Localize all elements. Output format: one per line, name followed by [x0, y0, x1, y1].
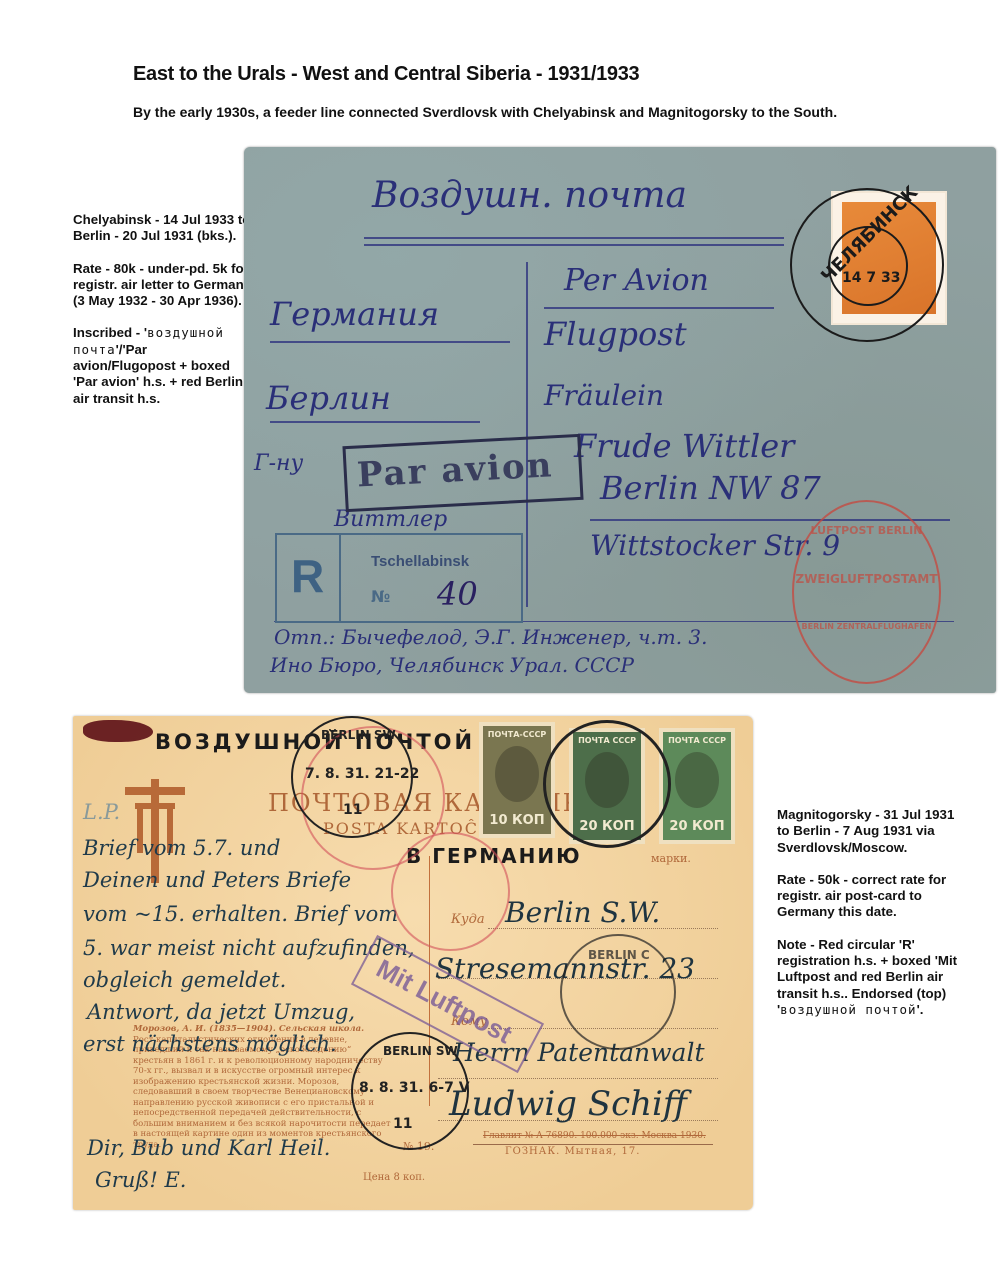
message-line: Deinen und Peters Briefe — [83, 868, 351, 892]
handwriting-city-de: Berlin NW 87 — [600, 469, 821, 507]
message-line: Dir, Bub und Karl Heil. — [87, 1136, 330, 1160]
message-line: obgleich gemeldet. — [83, 968, 286, 992]
berlin-transit-handstamp: LUFTPOST BERLIN ZWEIGLUFTPOSTAMT BERLIN … — [792, 500, 941, 684]
caption-note: Note - Red circular 'R' registration h.s… — [777, 937, 962, 1018]
message-line: erst nächstens möglich. — [83, 1032, 337, 1056]
handwriting-city-ru: Берлин — [266, 379, 391, 417]
handwriting-sender-line2: Ино Бюро, Челябинск Урал. СССР — [270, 653, 634, 677]
red-registration-postmark — [391, 832, 510, 951]
page-title: East to the Urals - West and Central Sib… — [133, 63, 639, 86]
ink-blot — [83, 720, 153, 742]
message-line: Gruß! E. — [95, 1168, 187, 1192]
message-line: L.P. — [83, 800, 120, 824]
magnitogorsky-postcard: ВОЗДУШНОЙ ПОЧТОЙ ПОЧТОВАЯ КАРТОЧКА POSTA… — [73, 716, 753, 1210]
berlin-arrival-postmark: BERLIN SW 7. 8. 31. 21-22 11 — [291, 716, 413, 838]
caption-rate: Rate - 80k - under-pd. 5k for registr. a… — [73, 261, 253, 310]
berlin-c-postmark: BERLIN C — [560, 934, 676, 1050]
caption-route: Magnitogorsky - 31 Jul 1931 to Berlin - … — [777, 807, 962, 856]
stamp-10-kop: ПОЧТА-СССР 10 КОП — [483, 726, 551, 834]
message-line: Antwort, da jetzt Umzug, — [87, 1000, 355, 1024]
postmark-date: 14 7 33 — [842, 270, 900, 286]
magnitogorsk-postmark — [543, 720, 671, 848]
caption-chelyabinsk: Chelyabinsk - 14 Jul 1933 to Berlin - 20… — [73, 212, 253, 423]
handwriting-country-ru: Германия — [270, 295, 439, 333]
handwriting-air-mail: Воздушн. почта — [372, 175, 687, 216]
handwriting-sender-line1: Отп.: Бычефелод, Э.Г. Инженер, ч.т. 3. — [274, 625, 708, 649]
caption-rate: Rate - 50k - correct rate for registr. a… — [777, 872, 962, 921]
message-line: vom ~15. erhalten. Brief vom — [83, 902, 398, 926]
handwriting-title-de: Fräulein — [544, 379, 664, 412]
intro-text: By the early 1930s, a feeder line connec… — [133, 103, 893, 121]
handwriting-addressee-prefix: Г-ну — [254, 451, 303, 476]
message-line: Brief vom 5.7. und — [83, 836, 280, 860]
handwriting-flugpost: Flugpost — [544, 315, 687, 353]
registration-label: R Tschellabinsk № 40 — [275, 533, 523, 623]
stamp-20-kop: ПОЧТА СССР 20 КОП — [663, 732, 731, 840]
handwriting-name-de: Frude Wittler — [574, 427, 794, 465]
caption-route: Chelyabinsk - 14 Jul 1933 to Berlin - 20… — [73, 212, 253, 245]
par-avion-handstamp: Par avion — [342, 434, 583, 512]
berlin-delivery-postmark: BERLIN SW 8. 8. 31. 6-7 V 11 — [351, 1032, 469, 1150]
address-line: Berlin S.W. — [505, 896, 660, 929]
address-line: Ludwig Schiff — [449, 1084, 687, 1124]
caption-inscribed: Inscribed - 'воздушной почта'/'Par avion… — [73, 325, 253, 406]
postcard-price: Цена 8 коп. — [363, 1172, 425, 1183]
caption-magnitogorsky: Magnitogorsky - 31 Jul 1931 to Berlin - … — [777, 807, 962, 1034]
handwriting-per-avion: Per Avion — [564, 263, 709, 298]
